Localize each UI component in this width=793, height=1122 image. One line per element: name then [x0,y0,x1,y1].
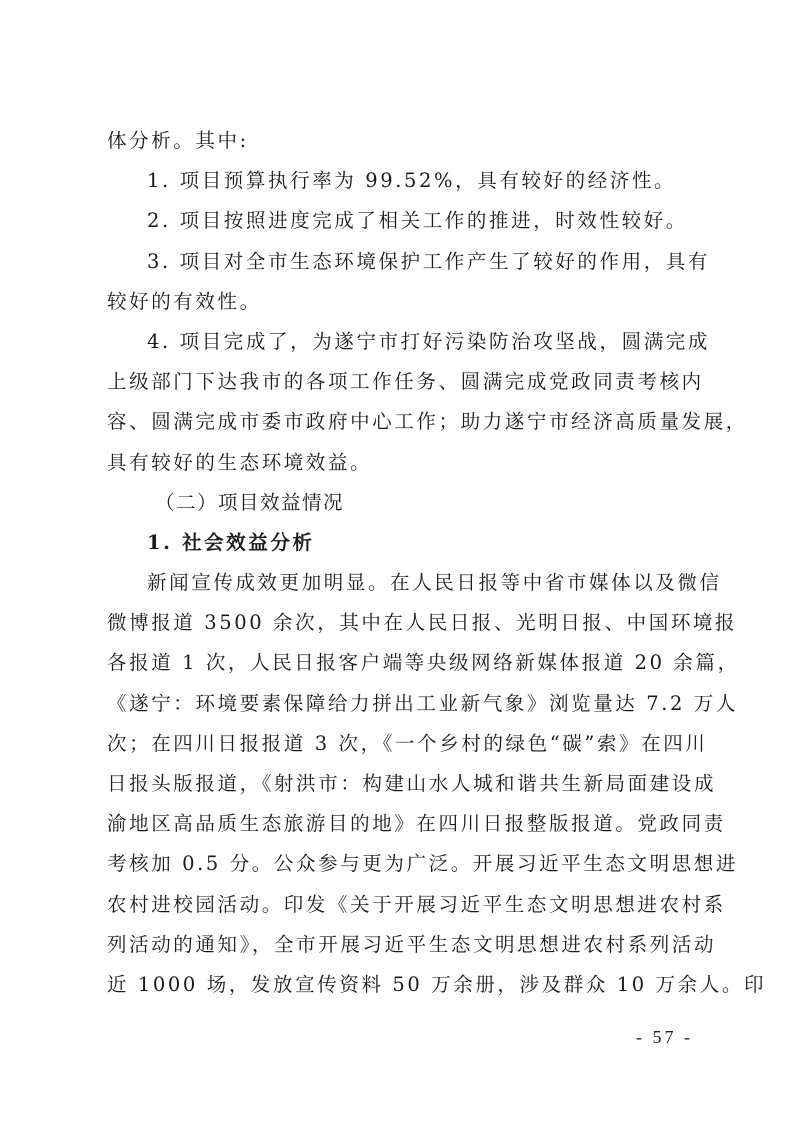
body-line: 《遂宁：环境要素保障给力拼出工业新气象》浏览量达 7.2 万人 [107,684,695,724]
list-item-2: 2. 项目按照进度完成了相关工作的推进，时效性较好。 [107,201,695,241]
list-item-4-cont: 具有较好的生态环境效益。 [107,443,695,483]
list-item-3-cont: 较好的有效性。 [107,282,695,322]
body-line: 次；在四川日报报道 3 次，《一个乡村的绿色“碳”索》在四川 [107,724,695,764]
body-line: 列活动的通知》，全市开展习近平生态文明思想进农村系列活动 [107,925,695,965]
list-item-4-cont: 容、圆满完成市委市政府中心工作；助力遂宁市经济高质量发展， [107,402,695,442]
section-heading: （二）项目效益情况 [107,483,695,523]
body-line: 渝地区高品质生态旅游目的地》在四川日报整版报道。党政同责 [107,804,695,844]
list-item-1: 1. 项目预算执行率为 99.52%，具有较好的经济性。 [107,161,695,201]
body-line: 新闻宣传成效更加明显。在人民日报等中省市媒体以及微信 [107,563,695,603]
subsection-heading: 1. 社会效益分析 [107,523,695,563]
page-number: - 57 - [636,1027,693,1048]
body-line: 微博报道 3500 余次，其中在人民日报、光明日报、中国环境报 [107,603,695,643]
body-line: 近 1000 场，发放宣传资料 50 万余册，涉及群众 10 万余人。印 [107,965,695,1005]
body-line: 农村进校园活动。印发《关于开展习近平生态文明思想进农村系 [107,885,695,925]
body-line: 日报头版报道，《射洪市：构建山水人城和谐共生新局面建设成 [107,764,695,804]
list-item-3: 3. 项目对全市生态环境保护工作产生了较好的作用，具有 [107,242,695,282]
body-line: 考核加 0.5 分。公众参与更为广泛。开展习近平生态文明思想进 [107,844,695,884]
body-line: 各报道 1 次，人民日报客户端等央级网络新媒体报道 20 余篇， [107,643,695,683]
list-item-4: 4. 项目完成了，为遂宁市打好污染防治攻坚战，圆满完成 [107,322,695,362]
paragraph-line: 体分析。其中: [107,121,695,161]
document-page: 体分析。其中: 1. 项目预算执行率为 99.52%，具有较好的经济性。 2. … [107,121,695,1005]
list-item-4-cont: 上级部门下达我市的各项工作任务、圆满完成党政同责考核内 [107,362,695,402]
